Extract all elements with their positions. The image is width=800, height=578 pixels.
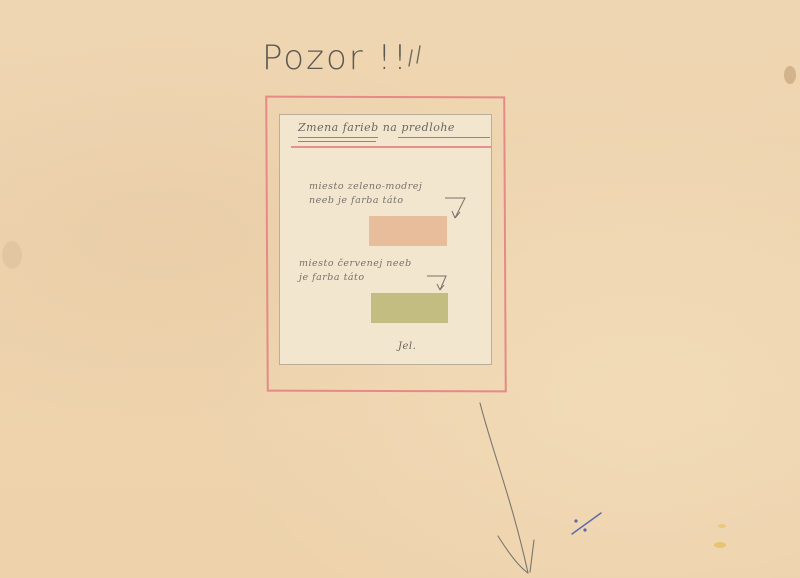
blue-mark-icon — [572, 513, 601, 534]
stain — [784, 66, 796, 84]
exclamation-icon — [409, 46, 420, 66]
stain — [718, 524, 726, 528]
stain — [714, 542, 726, 548]
pencil-marks — [0, 0, 800, 578]
arrow-down-icon — [480, 403, 534, 573]
arrow-down-left-icon — [427, 276, 446, 290]
arrow-down-left-icon — [445, 198, 465, 218]
stain — [2, 241, 22, 269]
